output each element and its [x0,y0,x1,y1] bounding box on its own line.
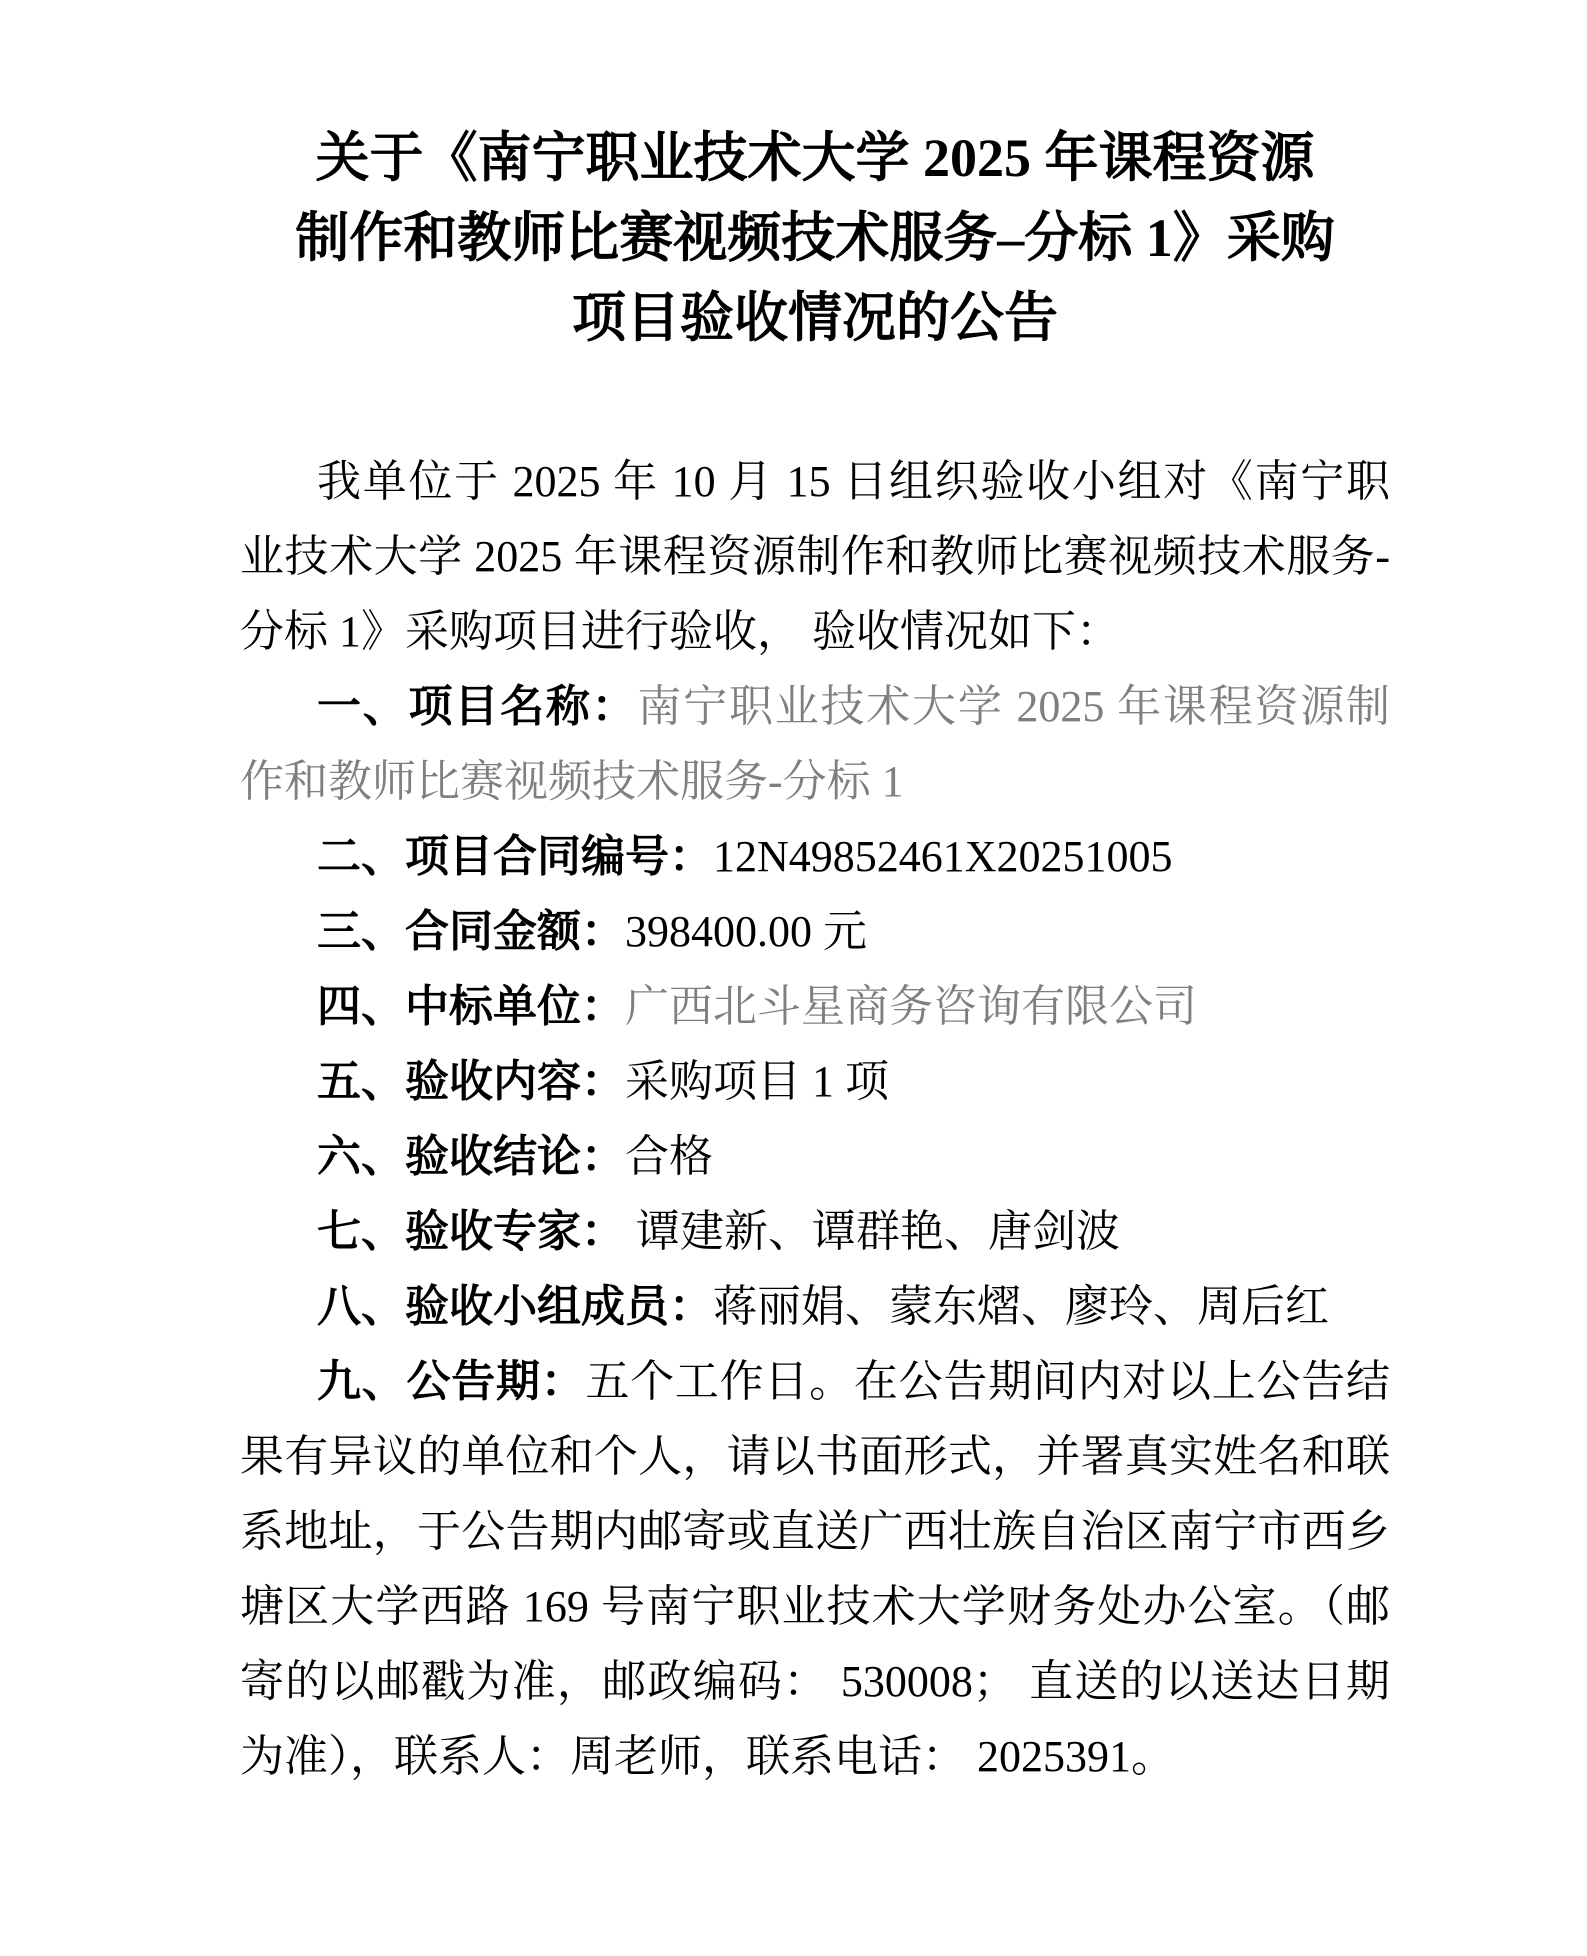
item-value: 398400.00 元 [625,907,867,956]
item-value: 蒋丽娟、蒙东熠、廖玲、周后红 [713,1282,1329,1331]
list-item-contract-amount: 三、合同金额：398400.00 元 [240,894,1390,969]
item-value: 五个工作日。在公告期间内对以上公告结果有异议的单位和个人，请以书面形式，并署真实… [240,1357,1390,1781]
document-body: 我单位于 2025 年 10 月 15 日组织验收小组对《南宁职业技术大学 20… [240,444,1390,1794]
list-item-acceptance-content: 五、验收内容：采购项目 1 项 [240,1044,1390,1119]
item-label: 一、项目名称： [317,682,637,731]
item-label: 七、验收专家： [317,1207,625,1256]
title-line-1: 关于《南宁职业技术大学 2025 年课程资源 [240,118,1390,198]
item-value: 合格 [625,1132,713,1181]
item-value: 采购项目 1 项 [625,1057,889,1106]
item-label: 五、验收内容： [317,1057,625,1106]
item-label: 九、公告期： [317,1357,585,1406]
item-value: 广西北斗星商务咨询有限公司 [625,982,1197,1031]
item-value: 谭建新、谭群艳、唐剑波 [625,1207,1120,1256]
item-label: 八、验收小组成员： [317,1282,713,1331]
item-label: 四、中标单位： [317,982,625,1031]
item-label: 三、合同金额： [317,907,625,956]
list-item-acceptance-experts: 七、验收专家： 谭建新、谭群艳、唐剑波 [240,1194,1390,1269]
list-item-contract-number: 二、项目合同编号：12N49852461X20251005 [240,819,1390,894]
list-item-acceptance-team: 八、验收小组成员：蒋丽娟、蒙东熠、廖玲、周后红 [240,1269,1390,1344]
title-line-3: 项目验收情况的公告 [240,278,1390,358]
intro-paragraph: 我单位于 2025 年 10 月 15 日组织验收小组对《南宁职业技术大学 20… [240,444,1390,669]
item-label: 二、项目合同编号： [317,832,713,881]
title-line-2: 制作和教师比赛视频技术服务–分标 1》采购 [240,198,1390,278]
list-item-project-name: 一、项目名称：南宁职业技术大学 2025 年课程资源制作和教师比赛视频技术服务-… [240,669,1390,819]
list-item-acceptance-conclusion: 六、验收结论：合格 [240,1119,1390,1194]
list-item-announcement-period: 九、公告期：五个工作日。在公告期间内对以上公告结果有异议的单位和个人，请以书面形… [240,1344,1390,1794]
item-label: 六、验收结论： [317,1132,625,1181]
item-value: 12N49852461X20251005 [713,832,1173,881]
list-item-winning-bidder: 四、中标单位：广西北斗星商务咨询有限公司 [240,969,1390,1044]
page-title: 关于《南宁职业技术大学 2025 年课程资源 制作和教师比赛视频技术服务–分标 … [240,118,1390,358]
document-page: 关于《南宁职业技术大学 2025 年课程资源 制作和教师比赛视频技术服务–分标 … [0,0,1587,1956]
